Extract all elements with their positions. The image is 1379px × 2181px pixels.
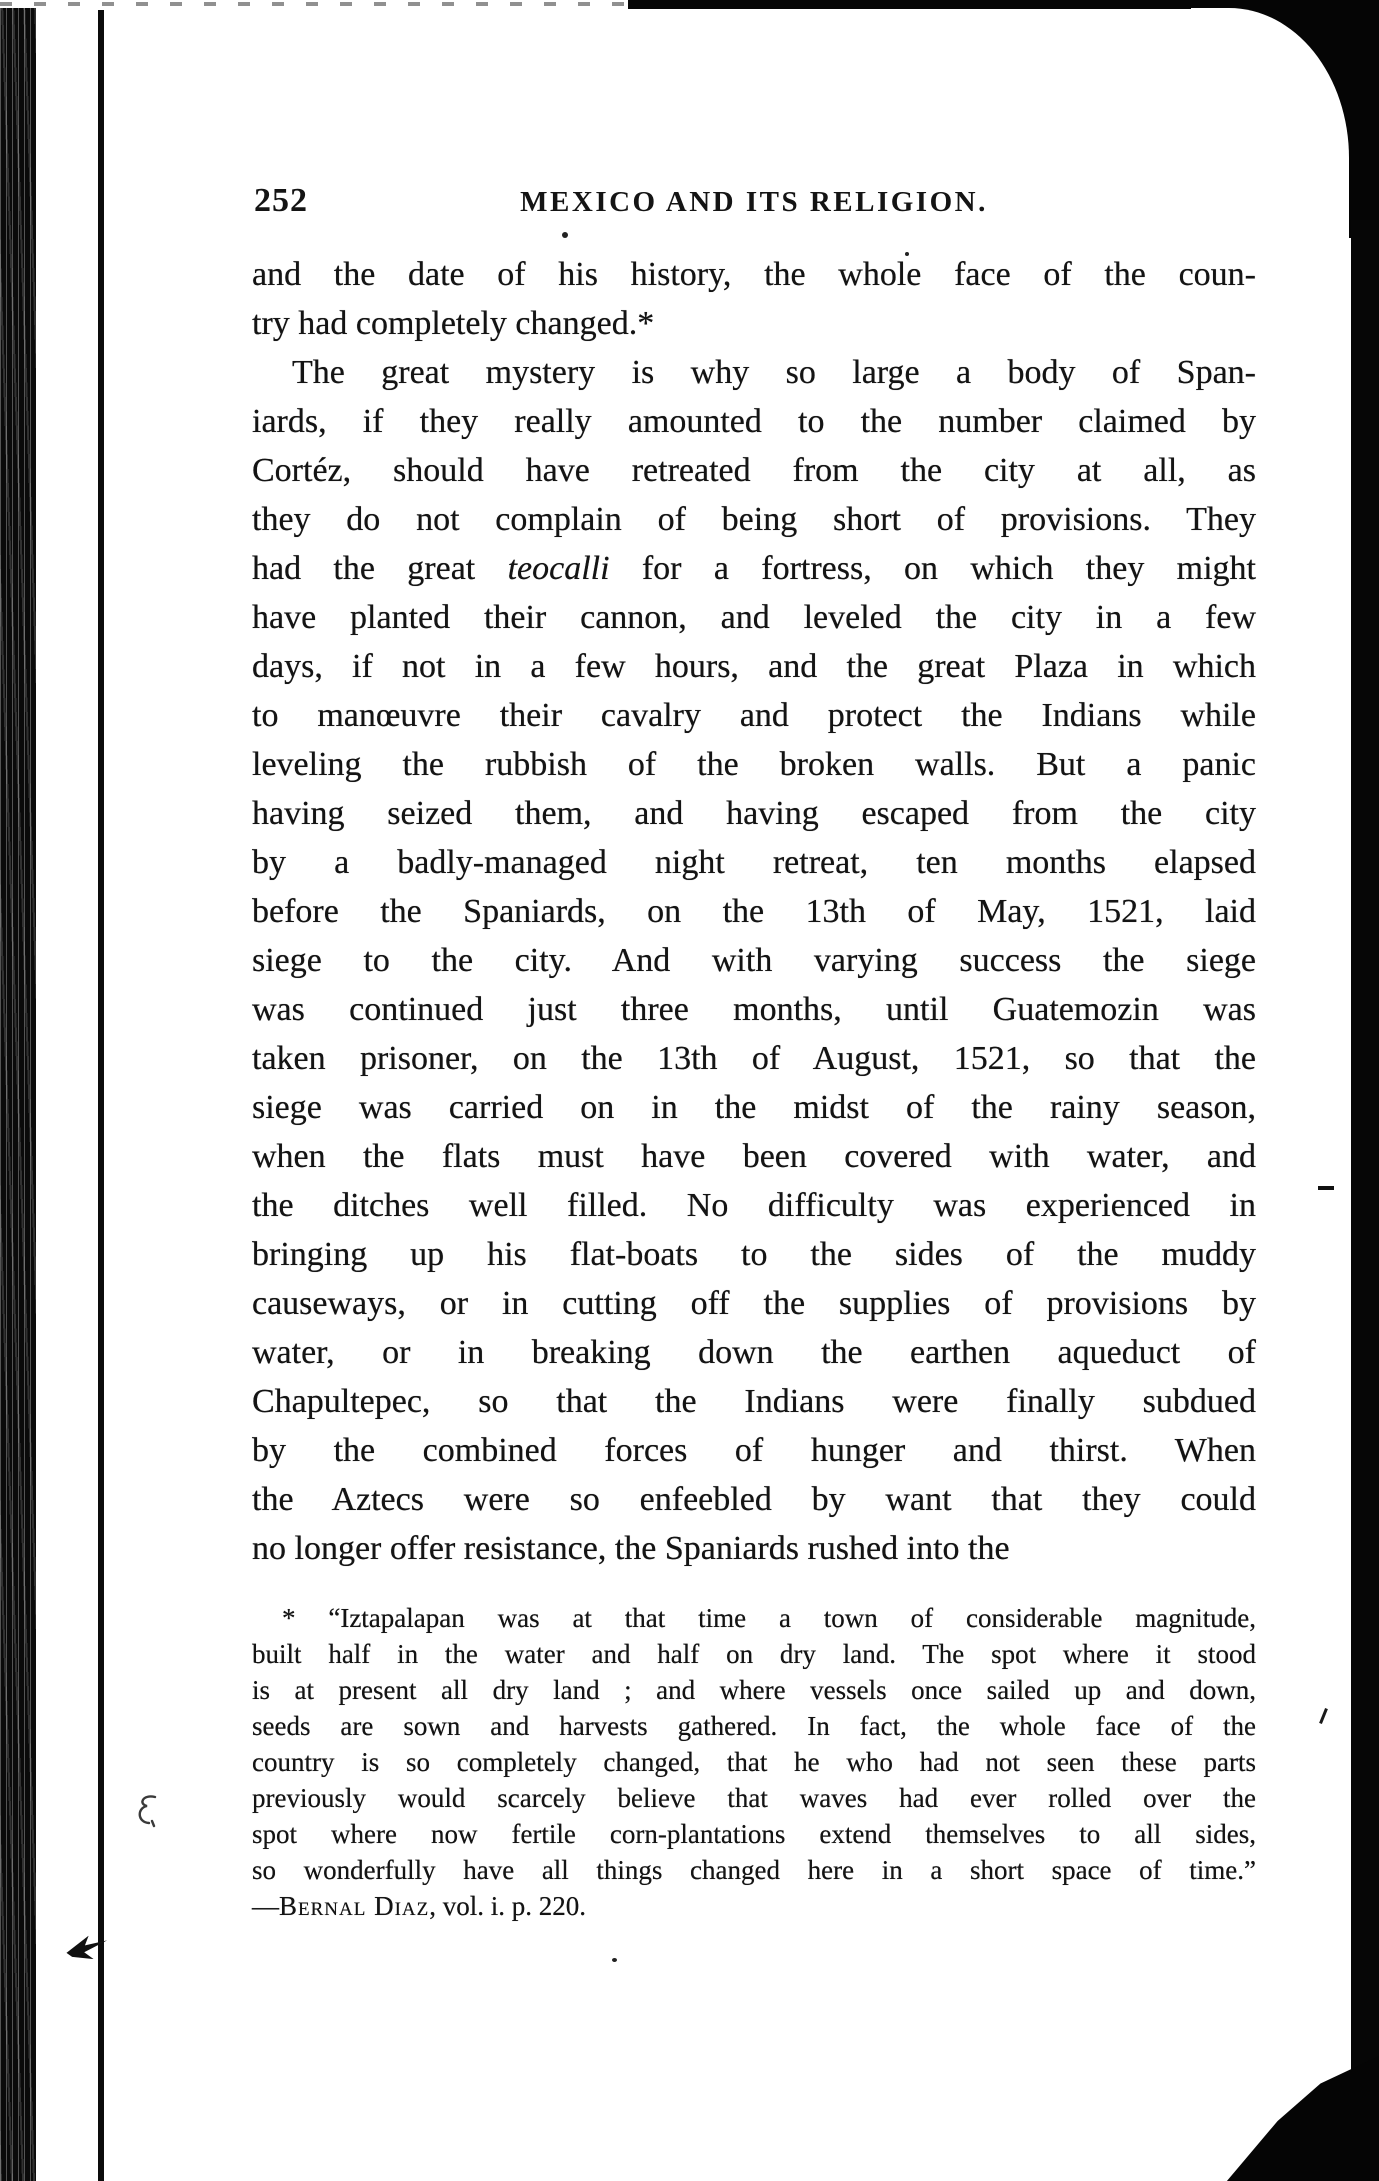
text-line: have planted their cannon, and leveled t… <box>252 593 1256 642</box>
text-line: The great mystery is why so large a body… <box>252 348 1256 397</box>
text-line: by a badly-managed night retreat, ten mo… <box>252 838 1256 887</box>
scan-speck <box>612 1958 617 1962</box>
text-line: Chapultepec, so that the Indians were fi… <box>252 1377 1256 1426</box>
text-line: the ditches well filled. No difficulty w… <box>252 1181 1256 1230</box>
text-line: try had completely changed.* <box>252 299 1256 348</box>
scan-edge-band-right <box>1351 220 1379 2181</box>
page-number: 252 <box>254 182 308 220</box>
scan-edge-dashed-top <box>0 2 650 6</box>
text-line: to manœuvre their cavalry and protect th… <box>252 691 1256 740</box>
text-line: seeds are sown and harvests gathered. In… <box>252 1708 1256 1744</box>
margin-stray-dash <box>1318 1186 1334 1190</box>
text-line: so wonderfully have all things changed h… <box>252 1852 1256 1888</box>
book-page-scan: 252 MEXICO AND ITS RELIGION. and the dat… <box>0 0 1379 2181</box>
text-line: previously would scarcely believe that w… <box>252 1780 1256 1816</box>
footnote: * “Iztapalapan was at that time a town o… <box>252 1600 1256 1924</box>
text-line: and the date of his history, the whole f… <box>252 250 1256 299</box>
margin-stray-mark <box>1319 1708 1328 1724</box>
text-line: having seized them, and having escaped f… <box>252 789 1256 838</box>
body-text: and the date of his history, the whole f… <box>252 250 1256 1573</box>
text-line: bringing up his flat-boats to the sides … <box>252 1230 1256 1279</box>
text-line: is at present all dry land ; and where v… <box>252 1672 1256 1708</box>
scan-speck <box>562 232 568 238</box>
text-line: by the combined forces of hunger and thi… <box>252 1426 1256 1475</box>
text-line: spot where now fertile corn-plantations … <box>252 1816 1256 1852</box>
text-line: taken prisoner, on the 13th of August, 1… <box>252 1034 1256 1083</box>
text-line: Cortéz, should have retreated from the c… <box>252 446 1256 495</box>
scan-edge-line-top <box>628 0 1288 9</box>
text-line: before the Spaniards, on the 13th of May… <box>252 887 1256 936</box>
text-line: * “Iztapalapan was at that time a town o… <box>252 1600 1256 1636</box>
text-line: leveling the rubbish of the broken walls… <box>252 740 1256 789</box>
text-line: iards, if they really amounted to the nu… <box>252 397 1256 446</box>
running-title: MEXICO AND ITS RELIGION. <box>252 182 1256 219</box>
text-line: the Aztecs were so enfeebled by want tha… <box>252 1475 1256 1524</box>
text-line: was continued just three months, until G… <box>252 985 1256 1034</box>
scan-background-corner-bottom-right <box>1184 2056 1379 2181</box>
text-line: water, or in breaking down the earthen a… <box>252 1328 1256 1377</box>
text-line: when the flats must have been covered wi… <box>252 1132 1256 1181</box>
text-line: days, if not in a few hours, and the gre… <box>252 642 1256 691</box>
text-line: —Bernal Diaz, vol. i. p. 220. <box>252 1888 1256 1924</box>
text-line: they do not complain of being short of p… <box>252 495 1256 544</box>
ink-blot-mark <box>65 1933 110 1963</box>
scan-binding-band-left <box>0 8 36 2181</box>
page-header: 252 MEXICO AND ITS RELIGION. <box>252 182 1256 226</box>
text-column: 252 MEXICO AND ITS RELIGION. and the dat… <box>252 182 1256 226</box>
text-line: country is so completely changed, that h… <box>252 1744 1256 1780</box>
pen-scribble-mark <box>134 1792 162 1828</box>
text-line: no longer offer resistance, the Spaniard… <box>252 1524 1256 1573</box>
scan-edge-line-left <box>98 10 104 2181</box>
text-line: siege to the city. And with varying succ… <box>252 936 1256 985</box>
text-line: causeways, or in cutting off the supplie… <box>252 1279 1256 1328</box>
text-line: siege was carried on in the midst of the… <box>252 1083 1256 1132</box>
text-line: built half in the water and half on dry … <box>252 1636 1256 1672</box>
text-line: had the great teocalli for a fortress, o… <box>252 544 1256 593</box>
